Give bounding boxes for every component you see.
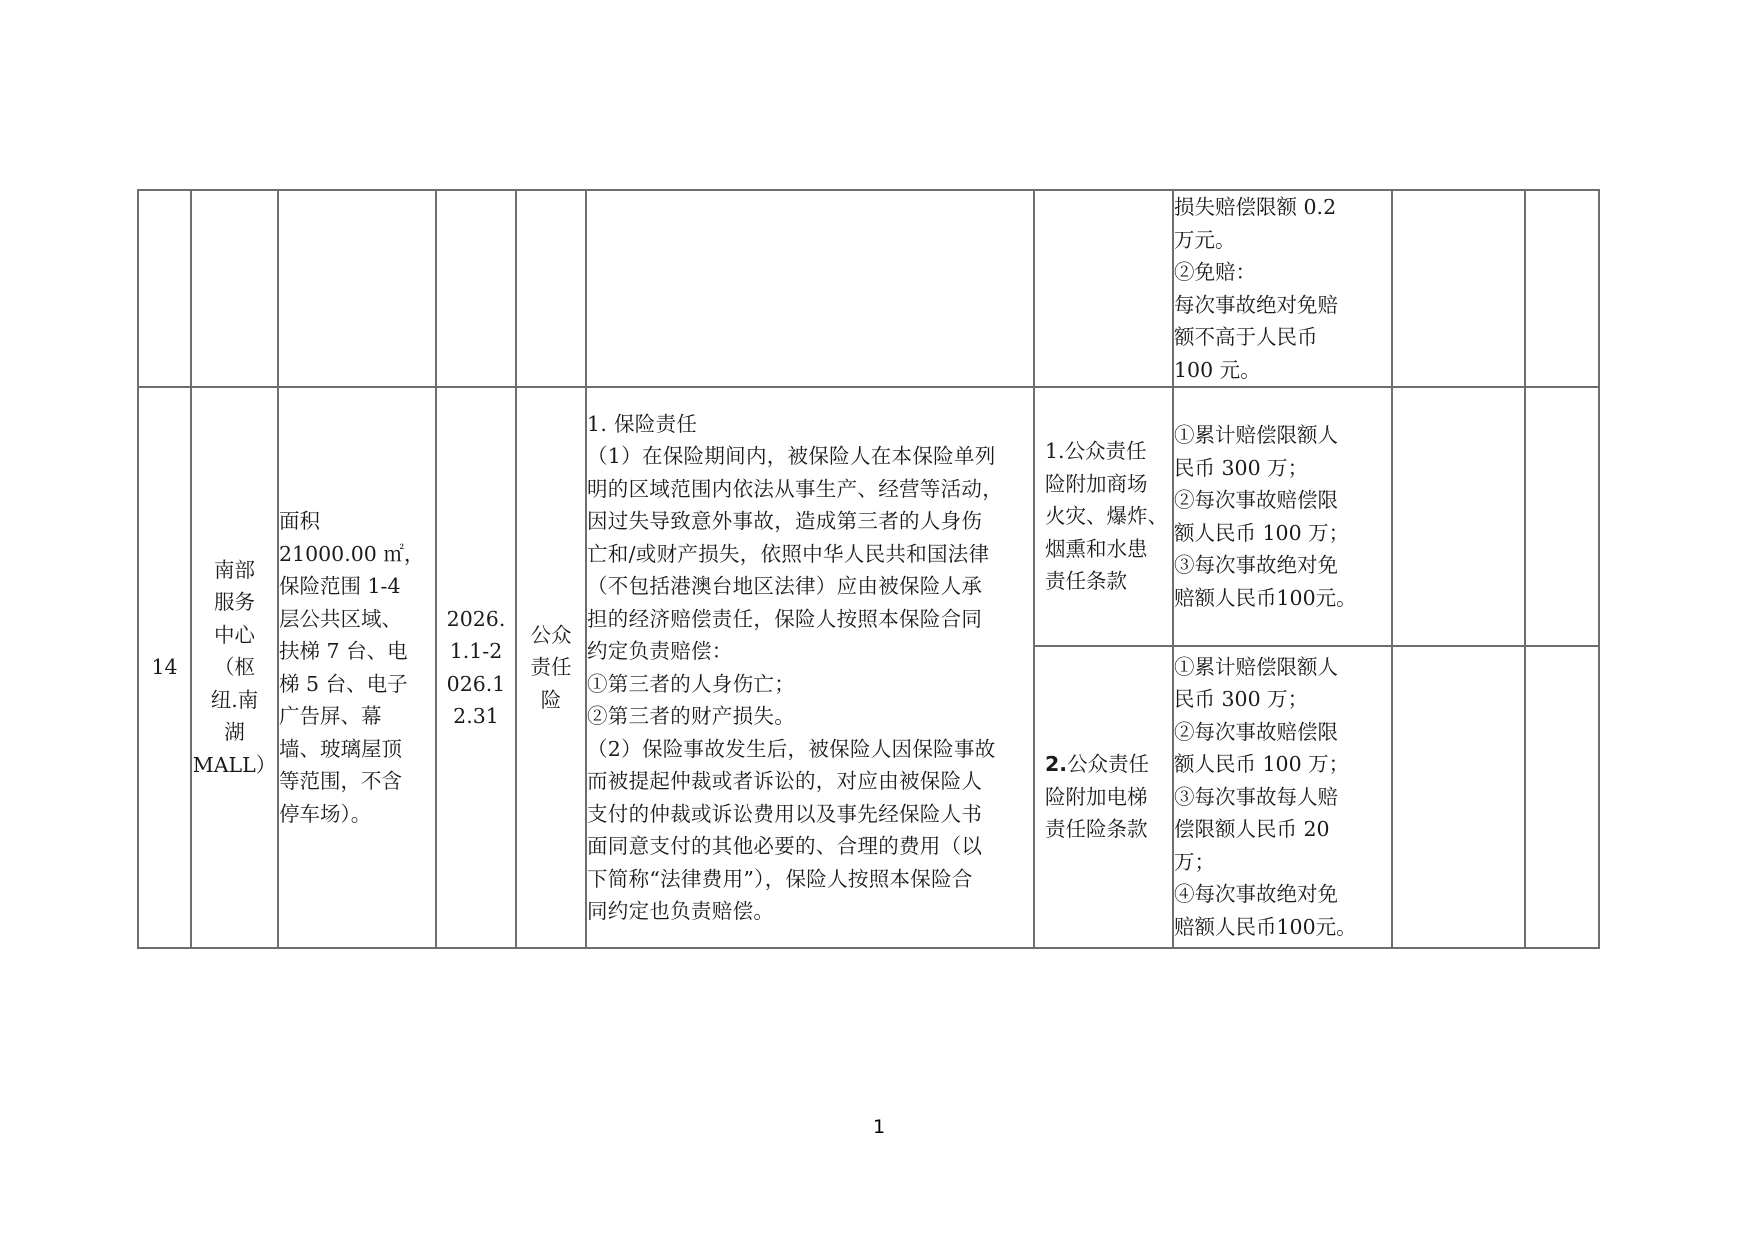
cell-clause-empty <box>586 190 1034 387</box>
clause-line: 明的区域范围内依法从事生产、经营等活动， <box>587 473 1033 506</box>
row-index: 14 <box>138 387 191 948</box>
page-number: 1 <box>873 1116 885 1138</box>
cell-extra1-empty <box>1392 190 1525 387</box>
cell-extra2-empty <box>1525 387 1599 646</box>
insurance-schedule-table: 损失赔偿限额 0.2 万元。 ②免赔： 每次事故绝对免赔 额不高于人民币 100… <box>137 189 1600 949</box>
clause-line: 面同意支付的其他必要的、合理的费用（以 <box>587 830 1033 863</box>
limit-line: 每次事故绝对免赔 <box>1174 289 1391 322</box>
name-line: 中心 <box>192 619 277 652</box>
cell-continued-limits: 损失赔偿限额 0.2 万元。 ②免赔： 每次事故绝对免赔 额不高于人民币 100… <box>1173 190 1392 387</box>
rider-number: 2. <box>1045 752 1067 776</box>
cell-extra2-empty <box>1525 646 1599 948</box>
period-line: 2.31 <box>437 700 515 733</box>
scope-line: 保险范围 1-4 <box>279 570 435 603</box>
period-line: 1.1-2 <box>437 635 515 668</box>
rider-name-line: 火灾、爆炸、 <box>1045 500 1168 533</box>
table-row-14: 14 南部 服务 中心 （枢 纽.南 湖 MALL） 面积 21000.00 ㎡… <box>138 387 1599 646</box>
cell-name-empty <box>191 190 278 387</box>
limit-line: 100 元。 <box>1174 354 1391 387</box>
limit-line: 额不高于人民币 <box>1174 321 1391 354</box>
clause-line: 因过失导致意外事故，造成第三者的人身伤 <box>587 505 1033 538</box>
clause-line: （2）保险事故发生后，被保险人因保险事故 <box>587 733 1033 766</box>
limit-line: ②每次事故赔偿限 <box>1174 484 1391 517</box>
insured-name: 南部 服务 中心 （枢 纽.南 湖 MALL） <box>191 387 278 948</box>
limit-line: ④每次事故绝对免 <box>1174 878 1391 911</box>
continued-row: 损失赔偿限额 0.2 万元。 ②免赔： 每次事故绝对免赔 额不高于人民币 100… <box>138 190 1599 387</box>
limit-line: 赔额人民币100元。 <box>1174 582 1391 615</box>
clause-line: ①第三者的人身伤亡； <box>587 668 1033 701</box>
scope-line: 停车场）。 <box>279 798 435 831</box>
limit-line: 损失赔偿限额 0.2 <box>1174 191 1391 224</box>
clause-line: 支付的仲裁或诉讼费用以及事先经保险人书 <box>587 798 1033 831</box>
period-line: 2026. <box>437 603 515 636</box>
limit-line: 额人民币 100 万； <box>1174 517 1391 550</box>
scope-line: 扶梯 7 台、电 <box>279 635 435 668</box>
rider-name-line: 责任条款 <box>1045 565 1168 598</box>
liability-clause: 1. 保险责任 （1）在保险期间内，被保险人在本保险单列 明的区域范围内依法从事… <box>586 387 1034 948</box>
rider-1-limits: ①累计赔偿限额人 民币 300 万； ②每次事故赔偿限 额人民币 100 万； … <box>1173 387 1392 646</box>
limit-line: ②每次事故赔偿限 <box>1174 716 1391 749</box>
name-line: 服务 <box>192 586 277 619</box>
rider-name-line: 险附加电梯 <box>1045 781 1168 814</box>
cell-type-empty <box>516 190 586 387</box>
limit-line: ①累计赔偿限额人 <box>1174 419 1391 452</box>
clause-line: 约定负责赔偿： <box>587 635 1033 668</box>
limit-line: ③每次事故每人赔 <box>1174 781 1391 814</box>
scope-line: 墙、玻璃屋顶 <box>279 733 435 766</box>
clause-line: 下简称“法律费用”），保险人按照本保险合 <box>587 863 1033 896</box>
name-line: MALL） <box>192 749 277 782</box>
rider-name-line: 险附加商场 <box>1045 468 1168 501</box>
scope-line: 梯 5 台、电子 <box>279 668 435 701</box>
scope-line: 面积 <box>279 505 435 538</box>
clause-line: 亡和/或财产损失，依照中华人民共和国法律 <box>587 538 1033 571</box>
cell-rider-empty <box>1034 190 1173 387</box>
limit-line: 偿限额人民币 20 <box>1174 813 1391 846</box>
cell-extra1-empty <box>1392 646 1525 948</box>
rider-2-limits: ①累计赔偿限额人 民币 300 万； ②每次事故赔偿限 额人民币 100 万； … <box>1173 646 1392 948</box>
clause-line: （1）在保险期间内，被保险人在本保险单列 <box>587 440 1033 473</box>
insurance-period: 2026. 1.1-2 026.1 2.31 <box>436 387 516 948</box>
rider-name-line: 2.公众责任 <box>1045 748 1168 781</box>
insurance-scope: 面积 21000.00 ㎡， 保险范围 1-4 层公共区域、 扶梯 7 台、电 … <box>278 387 436 948</box>
clause-line: 而被提起仲裁或者诉讼的，对应由被保险人 <box>587 765 1033 798</box>
rider-name-line: 责任险条款 <box>1045 813 1168 846</box>
limit-line: 额人民币 100 万； <box>1174 748 1391 781</box>
rider-1-name: 1.公众责任 险附加商场 火灾、爆炸、 烟熏和水患 责任条款 <box>1034 387 1173 646</box>
rider-name-line: 烟熏和水患 <box>1045 533 1168 566</box>
name-line: 纽.南 <box>192 684 277 717</box>
clause-line: ②第三者的财产损失。 <box>587 700 1033 733</box>
limit-line: 民币 300 万； <box>1174 683 1391 716</box>
clause-line: 1. 保险责任 <box>587 408 1033 441</box>
type-line: 公众 <box>517 619 585 652</box>
rider-name-line: 1.公众责任 <box>1045 435 1168 468</box>
cell-extra2-empty <box>1525 190 1599 387</box>
cell-scope-empty <box>278 190 436 387</box>
name-line: 南部 <box>192 554 277 587</box>
limit-line: ②免赔： <box>1174 256 1391 289</box>
rider-name-text: 公众责任 <box>1065 439 1147 463</box>
scope-line: 等范围，不含 <box>279 765 435 798</box>
document-page: 损失赔偿限额 0.2 万元。 ②免赔： 每次事故绝对免赔 额不高于人民币 100… <box>0 0 1754 1241</box>
clause-line: （不包括港澳台地区法律）应由被保险人承 <box>587 570 1033 603</box>
rider-2-name: 2.公众责任 险附加电梯 责任险条款 <box>1034 646 1173 948</box>
scope-line: 广告屏、幕 <box>279 700 435 733</box>
clause-line: 担的经济赔偿责任，保险人按照本保险合同 <box>587 603 1033 636</box>
limit-line: 民币 300 万； <box>1174 452 1391 485</box>
scope-line: 21000.00 ㎡， <box>279 538 435 571</box>
limit-line: 万元。 <box>1174 224 1391 257</box>
period-line: 026.1 <box>437 668 515 701</box>
limit-line: 万； <box>1174 846 1391 879</box>
type-line: 责任 <box>517 651 585 684</box>
cell-period-empty <box>436 190 516 387</box>
limit-line: 赔额人民币100元。 <box>1174 911 1391 944</box>
rider-number: 1. <box>1045 439 1065 463</box>
limit-line: ③每次事故绝对免 <box>1174 549 1391 582</box>
clause-line: 同约定也负责赔偿。 <box>587 895 1033 928</box>
insurance-type: 公众 责任 险 <box>516 387 586 948</box>
cell-extra1-empty <box>1392 387 1525 646</box>
rider-name-text: 公众责任 <box>1067 752 1149 776</box>
cell-index-empty <box>138 190 191 387</box>
scope-line: 层公共区域、 <box>279 603 435 636</box>
name-line: 湖 <box>192 716 277 749</box>
type-line: 险 <box>517 684 585 717</box>
limit-line: ①累计赔偿限额人 <box>1174 651 1391 684</box>
name-line: （枢 <box>192 651 277 684</box>
